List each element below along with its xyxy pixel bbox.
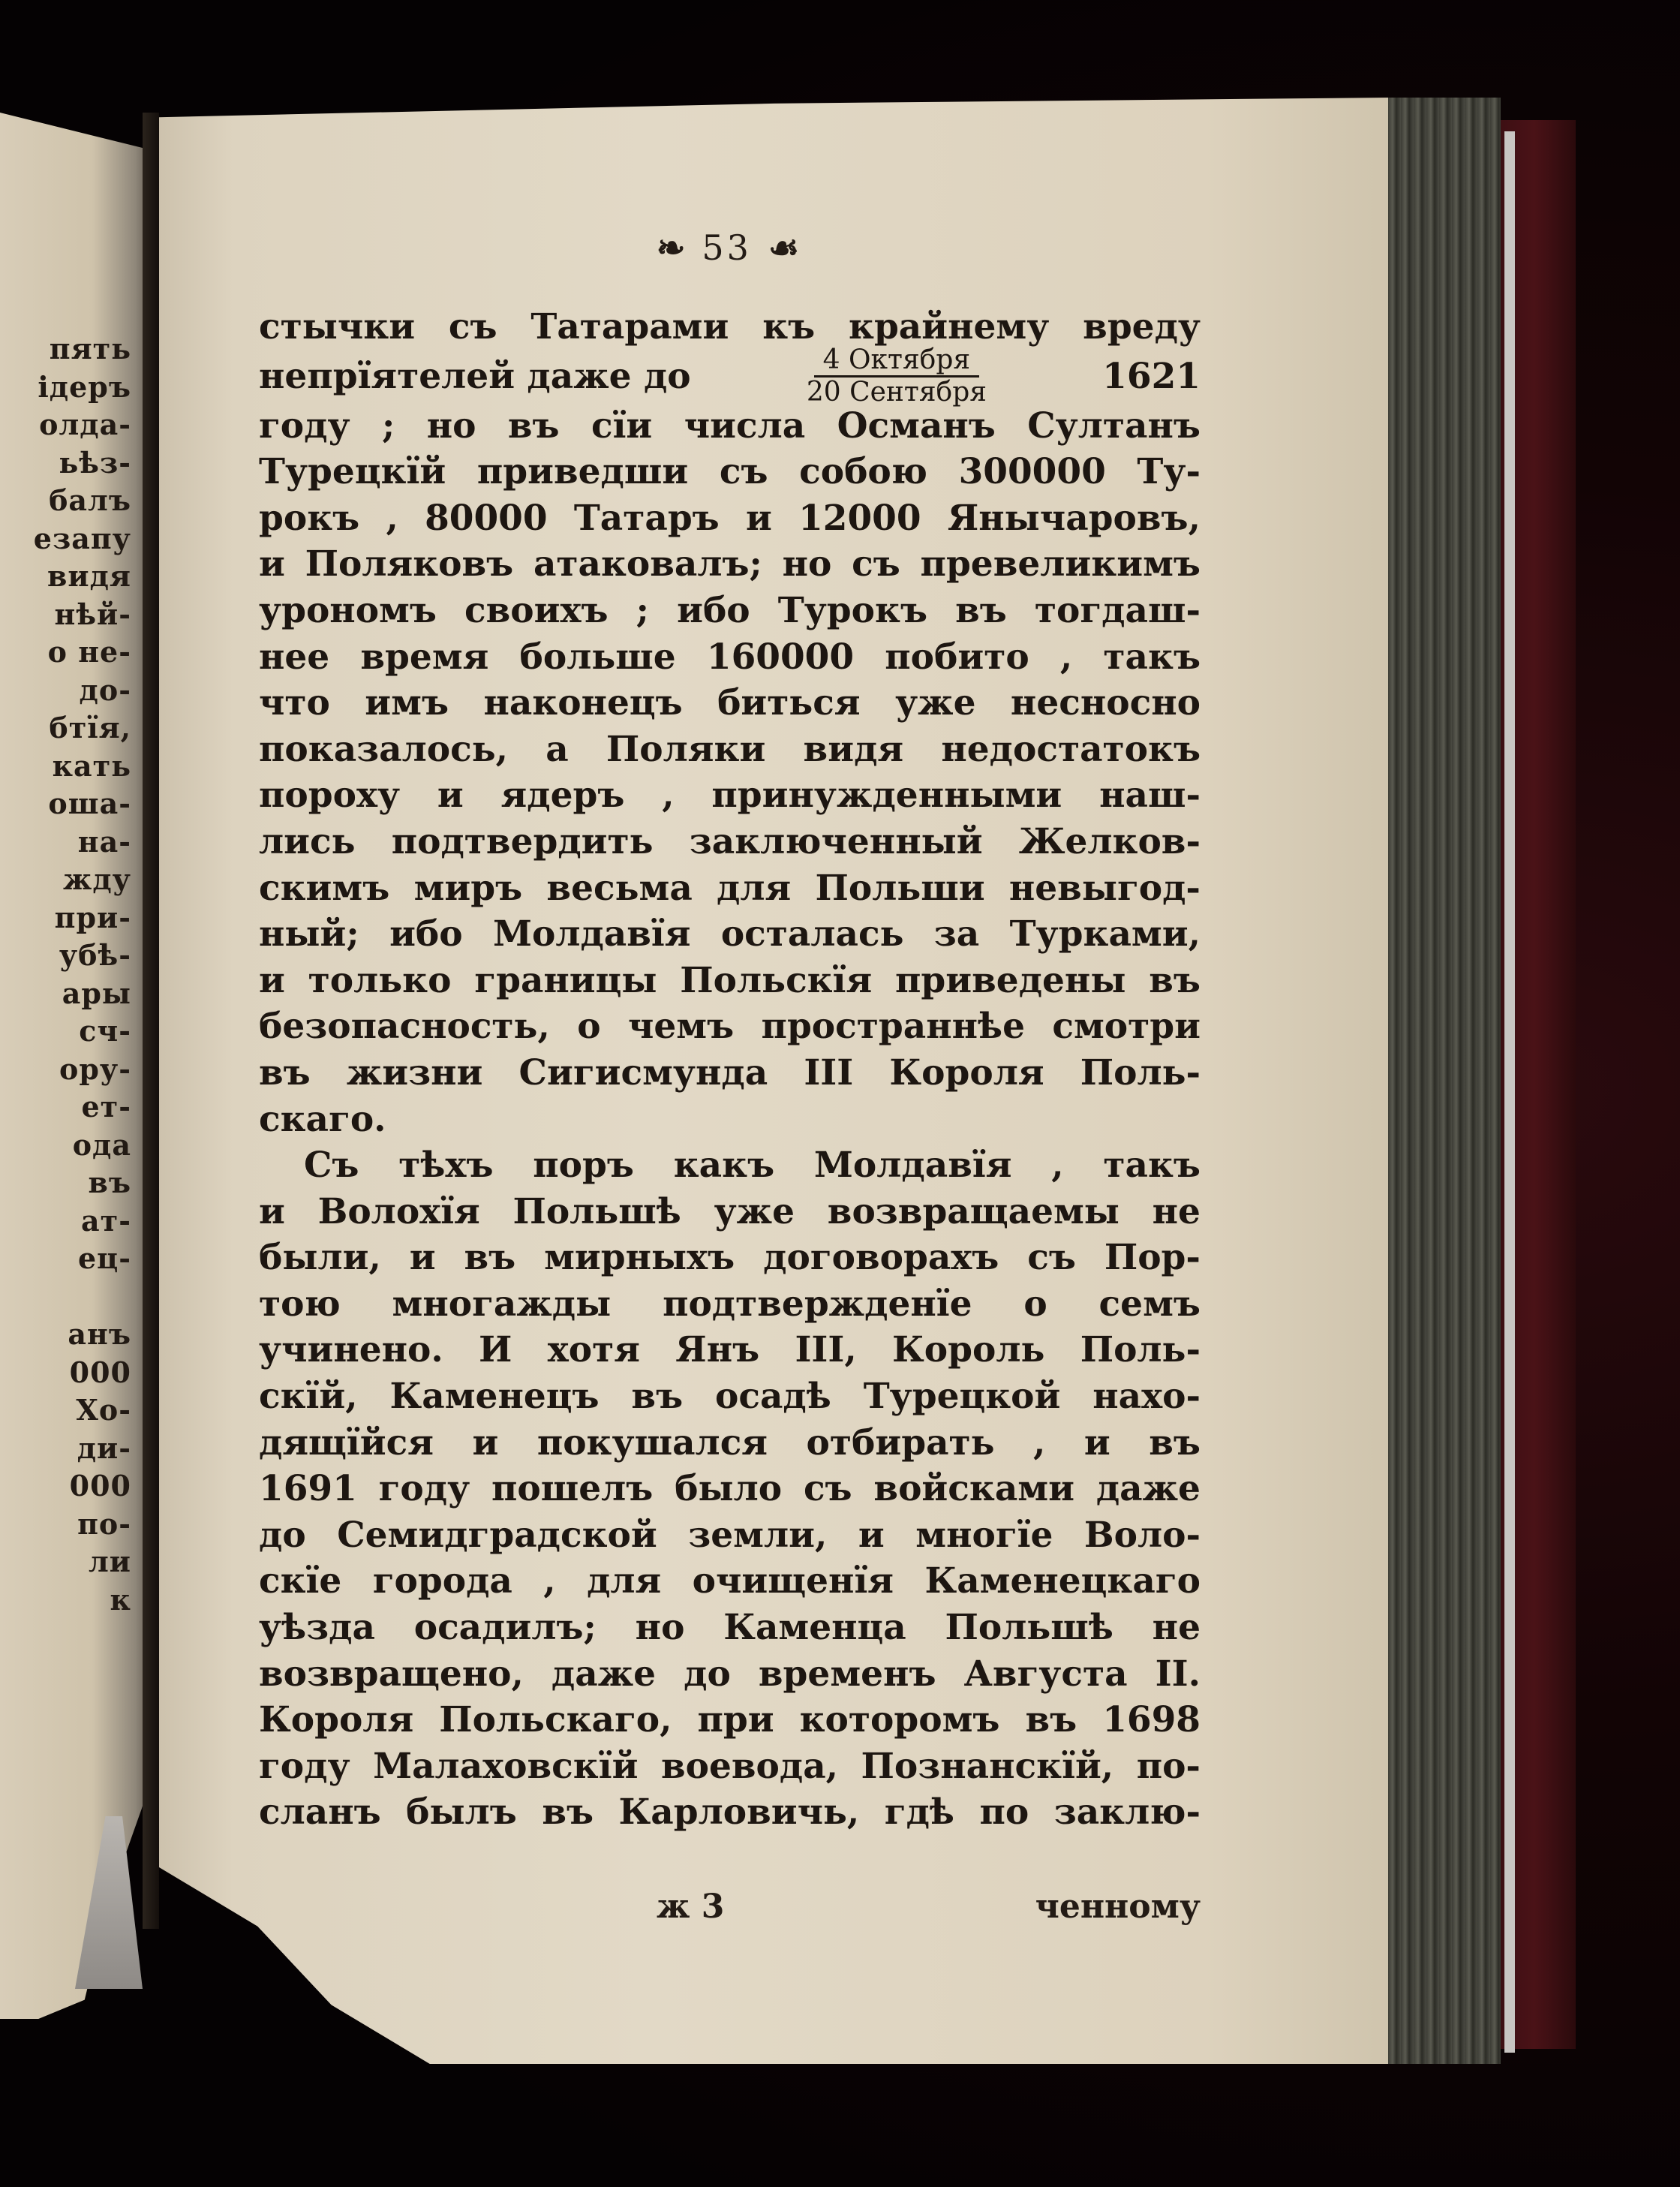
word: своихъ (464, 588, 609, 634)
left-line: езапу (0, 520, 131, 558)
word: подтвердить (392, 819, 654, 865)
word: не (1153, 1189, 1201, 1235)
word: чемъ (628, 1003, 734, 1050)
word: Польскїя (680, 958, 872, 1004)
left-line: ору- (0, 1051, 131, 1089)
word: III, (795, 1327, 856, 1373)
word: принужденными (711, 772, 1062, 819)
word: въ (631, 1373, 683, 1420)
word: Турками, (1010, 911, 1201, 958)
word: семъ (1099, 1281, 1201, 1328)
text-line: чтоимънаконецъбитьсяуженесносно (259, 680, 1201, 726)
word: , (1051, 1142, 1063, 1189)
left-line: пять (0, 330, 131, 369)
word: Августа (964, 1651, 1128, 1698)
text-line: скаго. (259, 1097, 1201, 1143)
word: Султанъ (1027, 403, 1201, 450)
word: 80000 (425, 495, 548, 542)
word: весьма (546, 865, 692, 912)
word: Желков- (1019, 819, 1201, 865)
left-line: олда- (0, 406, 131, 444)
paragraph-start-line: СътѣхъпоръкакъМолдавїя,такъ (259, 1142, 1201, 1189)
word: съ (1027, 1235, 1076, 1281)
word: , (1033, 1420, 1045, 1467)
word: въ (955, 588, 1007, 634)
text-line: сланъбылъвъКарловичь,гдѣпозаклю- (259, 1789, 1201, 1836)
word: Турецкой (864, 1373, 1061, 1420)
word: Молдавїя (814, 1142, 1012, 1189)
left-page-text: пять ідеръ олда- ьѣз- балъ езапу видя нѣ… (0, 330, 131, 1619)
text-line: были,ивъмирныхъдоговорахъсъПор- (259, 1235, 1201, 1281)
word: Каменецкаго (924, 1558, 1201, 1605)
word: о (1023, 1281, 1047, 1328)
word: осталась (721, 911, 904, 958)
word: до (684, 1651, 731, 1698)
word: Король (892, 1327, 1044, 1373)
left-line: ет- (0, 1088, 131, 1127)
left-line: ди- (0, 1430, 131, 1468)
word: для (717, 865, 791, 912)
word: гдѣ (885, 1789, 954, 1836)
word: что (259, 680, 330, 726)
word: съ (449, 304, 497, 350)
word: даже (1096, 1466, 1201, 1512)
word: и (746, 495, 772, 542)
word: покушался (537, 1420, 768, 1467)
left-line: по- (0, 1506, 131, 1544)
word: наш- (1099, 772, 1201, 819)
word: ный; (259, 911, 359, 958)
left-line: на- (0, 823, 131, 862)
word: Польшѣ (513, 1189, 681, 1235)
word: въ (464, 1235, 515, 1281)
word: Съ (304, 1142, 359, 1189)
word: только (308, 958, 452, 1004)
text-line: показалось,аПолякивидянедостатокъ (259, 726, 1201, 773)
word: очищенїя (693, 1558, 894, 1605)
text-line: годуМалаховскїйвоевода,Познанскїй,по- (259, 1743, 1201, 1790)
word: въ (259, 1050, 311, 1097)
date-fraction: 4 Октября 20 Сентября (807, 345, 987, 408)
word: съ (852, 541, 900, 588)
left-line: ли (0, 1543, 131, 1581)
word: , (386, 495, 398, 542)
word: Малаховскїй (373, 1743, 638, 1790)
word: какъ (674, 1142, 774, 1189)
word: Короля (259, 1697, 413, 1743)
left-line: въ (0, 1164, 131, 1202)
word: Турокъ (778, 588, 927, 634)
word: уже (895, 680, 975, 726)
word: смотри (1052, 1003, 1201, 1050)
word: году (259, 1743, 350, 1790)
fleuron-right-icon: ☙ (768, 230, 799, 265)
word: были, (259, 1235, 381, 1281)
endpaper-edge (1504, 131, 1515, 2053)
word: Пор- (1104, 1235, 1201, 1281)
word: войсками (873, 1466, 1074, 1512)
text-line: итолькограницыПольскїяприведенывъ (259, 958, 1201, 1004)
left-line: кать (0, 748, 131, 786)
word: возвращено, (259, 1651, 524, 1698)
word: въ (542, 1789, 594, 1836)
word: уѣзда (259, 1605, 375, 1651)
word: Каменца (723, 1605, 906, 1651)
word: время (360, 634, 488, 681)
text-line: скїй,КаменецъвъосадѣТурецкойнахо- (259, 1373, 1201, 1420)
word: сланъ (259, 1789, 381, 1836)
fraction-numerator: 4 Октября (814, 345, 979, 378)
left-line: убѣ- (0, 937, 131, 975)
word: хотя (548, 1327, 640, 1373)
word: отбирать (807, 1420, 995, 1467)
word: Польшѣ (945, 1605, 1113, 1651)
word: и (410, 1235, 436, 1281)
word: пространнѣе (762, 1003, 1025, 1050)
text-line: скїегорода,дляочищенїяКаменецкаго (259, 1558, 1201, 1605)
word: скїй, (259, 1373, 358, 1420)
word: заклю- (1054, 1789, 1201, 1836)
word: поръ (533, 1142, 634, 1189)
word: урономъ (259, 588, 437, 634)
left-line: нѣй- (0, 596, 131, 634)
word: Сигисмунда (519, 1050, 768, 1097)
word: договорахъ (763, 1235, 999, 1281)
word: побито (885, 634, 1029, 681)
left-line: бтїя, (0, 709, 131, 748)
word: приведши (477, 449, 688, 495)
word: въ (1149, 1420, 1201, 1467)
left-line: анъ (0, 1316, 131, 1354)
word: Татарами (530, 304, 729, 350)
text-line: Турецкїйприведшисъсобою300000Ту- (259, 449, 1201, 495)
word: пошелъ (491, 1466, 653, 1512)
word: съ (804, 1466, 852, 1512)
text-line: уѣздаосадилъ;ноКаменцаПольшѣне (259, 1605, 1201, 1651)
word: II. (1156, 1651, 1201, 1698)
word: нахо- (1092, 1373, 1201, 1420)
word: Познанскїй, (861, 1743, 1114, 1790)
word: мирныхъ (544, 1235, 735, 1281)
word: видя (804, 726, 904, 773)
word: и (259, 541, 285, 588)
text-line: ный;ибоМолдавїяосталасьзаТурками, (259, 911, 1201, 958)
word: числа (684, 403, 805, 450)
word: тѣхъ (398, 1142, 493, 1189)
text-line: дящїйсяипокушалсяотбирать,ивъ (259, 1420, 1201, 1467)
word: былъ (406, 1789, 517, 1836)
word: многїе (915, 1512, 1053, 1559)
word: году (259, 403, 350, 450)
word: о (577, 1003, 600, 1050)
word: миръ (414, 865, 523, 912)
word: Поль- (1080, 1327, 1201, 1373)
word: заключенный (690, 819, 983, 865)
word: Польши (815, 865, 984, 912)
word: города (373, 1558, 512, 1605)
word: до (259, 1512, 306, 1559)
word: несносно (1011, 680, 1201, 726)
word: съ (720, 449, 768, 495)
word: къ (762, 304, 815, 350)
word: Воло- (1084, 1512, 1201, 1559)
left-line: ец- (0, 1240, 131, 1278)
word: ибо (389, 911, 463, 958)
word: скимъ (259, 865, 389, 912)
word: Польскаго, (439, 1697, 672, 1743)
word: Каменецъ (390, 1373, 600, 1420)
word: Короля (889, 1050, 1044, 1097)
word: но (636, 1605, 685, 1651)
signature-mark: ж 3 (657, 1888, 724, 1926)
left-line: 000 (0, 1467, 131, 1506)
word: И (479, 1327, 512, 1373)
word: при (697, 1697, 774, 1743)
left-line (0, 1278, 131, 1316)
page-number: 53 (702, 227, 752, 268)
word: , (1060, 634, 1072, 681)
left-line: сч- (0, 1012, 131, 1051)
text-line: урономъсвоихъ;ибоТурокъвътогдаш- (259, 588, 1201, 634)
word: Янъ (675, 1327, 759, 1373)
page-edges (1388, 98, 1501, 2064)
word: земли, (688, 1512, 827, 1559)
word: ядеръ (501, 772, 625, 819)
word: показалось, (259, 726, 508, 773)
word: крайнему (849, 304, 1049, 350)
text-line: возвращено,дажедовременъАвгустаII. (259, 1651, 1201, 1698)
word: и (437, 772, 464, 819)
word: жизни (347, 1050, 483, 1097)
word: больше (520, 634, 676, 681)
word: уже (714, 1189, 795, 1235)
word: временъ (759, 1651, 936, 1698)
word: , (543, 1558, 555, 1605)
word: лись (259, 819, 356, 865)
word: въ (1149, 958, 1201, 1004)
word: возвращаемы (828, 1189, 1119, 1235)
left-line: ода (0, 1127, 131, 1165)
word: и (1084, 1420, 1110, 1467)
word: атаковалъ; (533, 541, 762, 588)
word: Поляки (606, 726, 765, 773)
word: по- (1137, 1743, 1201, 1790)
word: приведены (895, 958, 1126, 1004)
catchword: ченному (1035, 1888, 1201, 1926)
left-line: оша- (0, 785, 131, 823)
word: 1691 (259, 1466, 357, 1512)
word: тою (259, 1281, 341, 1328)
page-body: стычкисъТатарамикъкрайнемувреду непрїяте… (259, 304, 1201, 1836)
word: учинено. (259, 1327, 443, 1373)
word: наконецъ (483, 680, 682, 726)
word: Татаръ (574, 495, 720, 542)
word: 1698 (1102, 1697, 1201, 1743)
word: подтвержденїе (663, 1281, 972, 1328)
word: такъ (1103, 1142, 1201, 1189)
text-line: скимъмиръвесьмадляПольшиневыгод- (259, 865, 1201, 912)
text-line: стычкисъТатарамикъкрайнемувреду (259, 304, 1201, 350)
word: безопасность, (259, 1003, 550, 1050)
word: Турецкїй (259, 449, 446, 495)
left-line: жду (0, 861, 131, 899)
word: биться (717, 680, 861, 726)
word: и (259, 958, 285, 1004)
left-line: видя (0, 558, 131, 596)
word: Карловичь, (619, 1789, 860, 1836)
text-line: порохуиядеръ,принужденныминаш- (259, 772, 1201, 819)
word: тогдаш- (1035, 588, 1201, 634)
word: не (1153, 1605, 1201, 1651)
text-line: неевремябольше160000побито,такъ (259, 634, 1201, 681)
word: такъ (1103, 634, 1201, 681)
word: границы (474, 958, 657, 1004)
word: ; (636, 588, 649, 634)
left-line: до- (0, 672, 131, 710)
word: Молдавїя (493, 911, 691, 958)
word: осадѣ (715, 1373, 831, 1420)
text-line: въжизниСигисмундаIIIКороляПоль- (259, 1050, 1201, 1097)
text-line: году;новъсїичислаОсманъСултанъ (259, 403, 1201, 450)
text-line: тоюмногаждыподтвержденїеосемъ (259, 1281, 1201, 1328)
word: по (979, 1789, 1029, 1836)
word: Семидградской (337, 1512, 657, 1559)
left-line: 000 (0, 1354, 131, 1392)
book-gutter (143, 113, 159, 1929)
word: сїи (591, 403, 652, 450)
fraction-year: 1621 (1102, 353, 1201, 400)
page-header: ❧ 53 ☙ (608, 225, 848, 270)
word: III (804, 1050, 853, 1097)
word: 160000 (707, 634, 854, 681)
word: Ту- (1137, 449, 1201, 495)
word: въ (1025, 1697, 1077, 1743)
left-line: балъ (0, 482, 131, 520)
left-line: при- (0, 899, 131, 937)
word: превеликимъ (921, 541, 1201, 588)
word: и (858, 1512, 885, 1559)
text-line: лисьподтвердитьзаключенныйЖелков- (259, 819, 1201, 865)
text-line: рокъ,80000Татаръи12000Янычаровъ, (259, 495, 1201, 542)
word: вреду (1083, 304, 1201, 350)
left-line: ьѣз- (0, 444, 131, 483)
word: году (379, 1466, 470, 1512)
left-line: ат- (0, 1202, 131, 1241)
word: Османъ (837, 403, 996, 450)
word: и (472, 1420, 498, 1467)
word: собою (799, 449, 927, 495)
fleuron-left-icon: ❧ (657, 230, 686, 265)
date-fraction-line: непрїятелей даже до 4 Октября 20 Сентябр… (259, 350, 1201, 403)
word: ибо (677, 588, 750, 634)
text-line: 1691годупошелъбылосъвойскамидаже (259, 1466, 1201, 1512)
word: Поль- (1080, 1050, 1201, 1097)
text-line: безопасность,очемъпространнѣесмотри (259, 1003, 1201, 1050)
text-line: иПоляковъатаковалъ;носъпревеликимъ (259, 541, 1201, 588)
text-line: КороляПольскаго,прикоторомъвъ1698 (259, 1697, 1201, 1743)
word: нее (259, 634, 329, 681)
left-line: о не- (0, 633, 131, 672)
word: для (587, 1558, 661, 1605)
word: имъ (365, 680, 449, 726)
word: 12000 (798, 495, 921, 542)
left-line: ідеръ (0, 369, 131, 407)
word: невыгод- (1009, 865, 1201, 912)
word: недостатокъ (941, 726, 1201, 773)
word: которомъ (800, 1697, 1000, 1743)
text-line: доСемидградскойземли,имногїеВоло- (259, 1512, 1201, 1559)
word: скїе (259, 1558, 341, 1605)
left-line: Хо- (0, 1391, 131, 1430)
word: 300000 (959, 449, 1106, 495)
word: многажды (392, 1281, 612, 1328)
word: осадилъ; (414, 1605, 597, 1651)
text-line: учинено.ИхотяЯнъIII,КорольПоль- (259, 1327, 1201, 1373)
word: стычки (259, 304, 415, 350)
text-line: иВолохїяПольшѣужевозвращаемыне (259, 1189, 1201, 1235)
word: воевода, (661, 1743, 838, 1790)
page-footer: ж 3 ченному (259, 1888, 1201, 1940)
word: Поляковъ (305, 541, 514, 588)
word: , (662, 772, 674, 819)
word: Янычаровъ, (948, 495, 1201, 542)
word: ; (382, 403, 395, 450)
left-line: к (0, 1581, 131, 1620)
word: Волохїя (318, 1189, 480, 1235)
word: за (934, 911, 979, 958)
word: даже (551, 1651, 656, 1698)
word: было (675, 1466, 782, 1512)
word: рокъ (259, 495, 359, 542)
word: пороху (259, 772, 400, 819)
word: но (427, 403, 476, 450)
word: и (259, 1189, 285, 1235)
left-line: ары (0, 975, 131, 1013)
word: въ (508, 403, 560, 450)
word: а (545, 726, 568, 773)
fraction-prefix: непрїятелей даже до (259, 353, 691, 400)
word: но (783, 541, 832, 588)
word: дящїйся (259, 1420, 434, 1467)
